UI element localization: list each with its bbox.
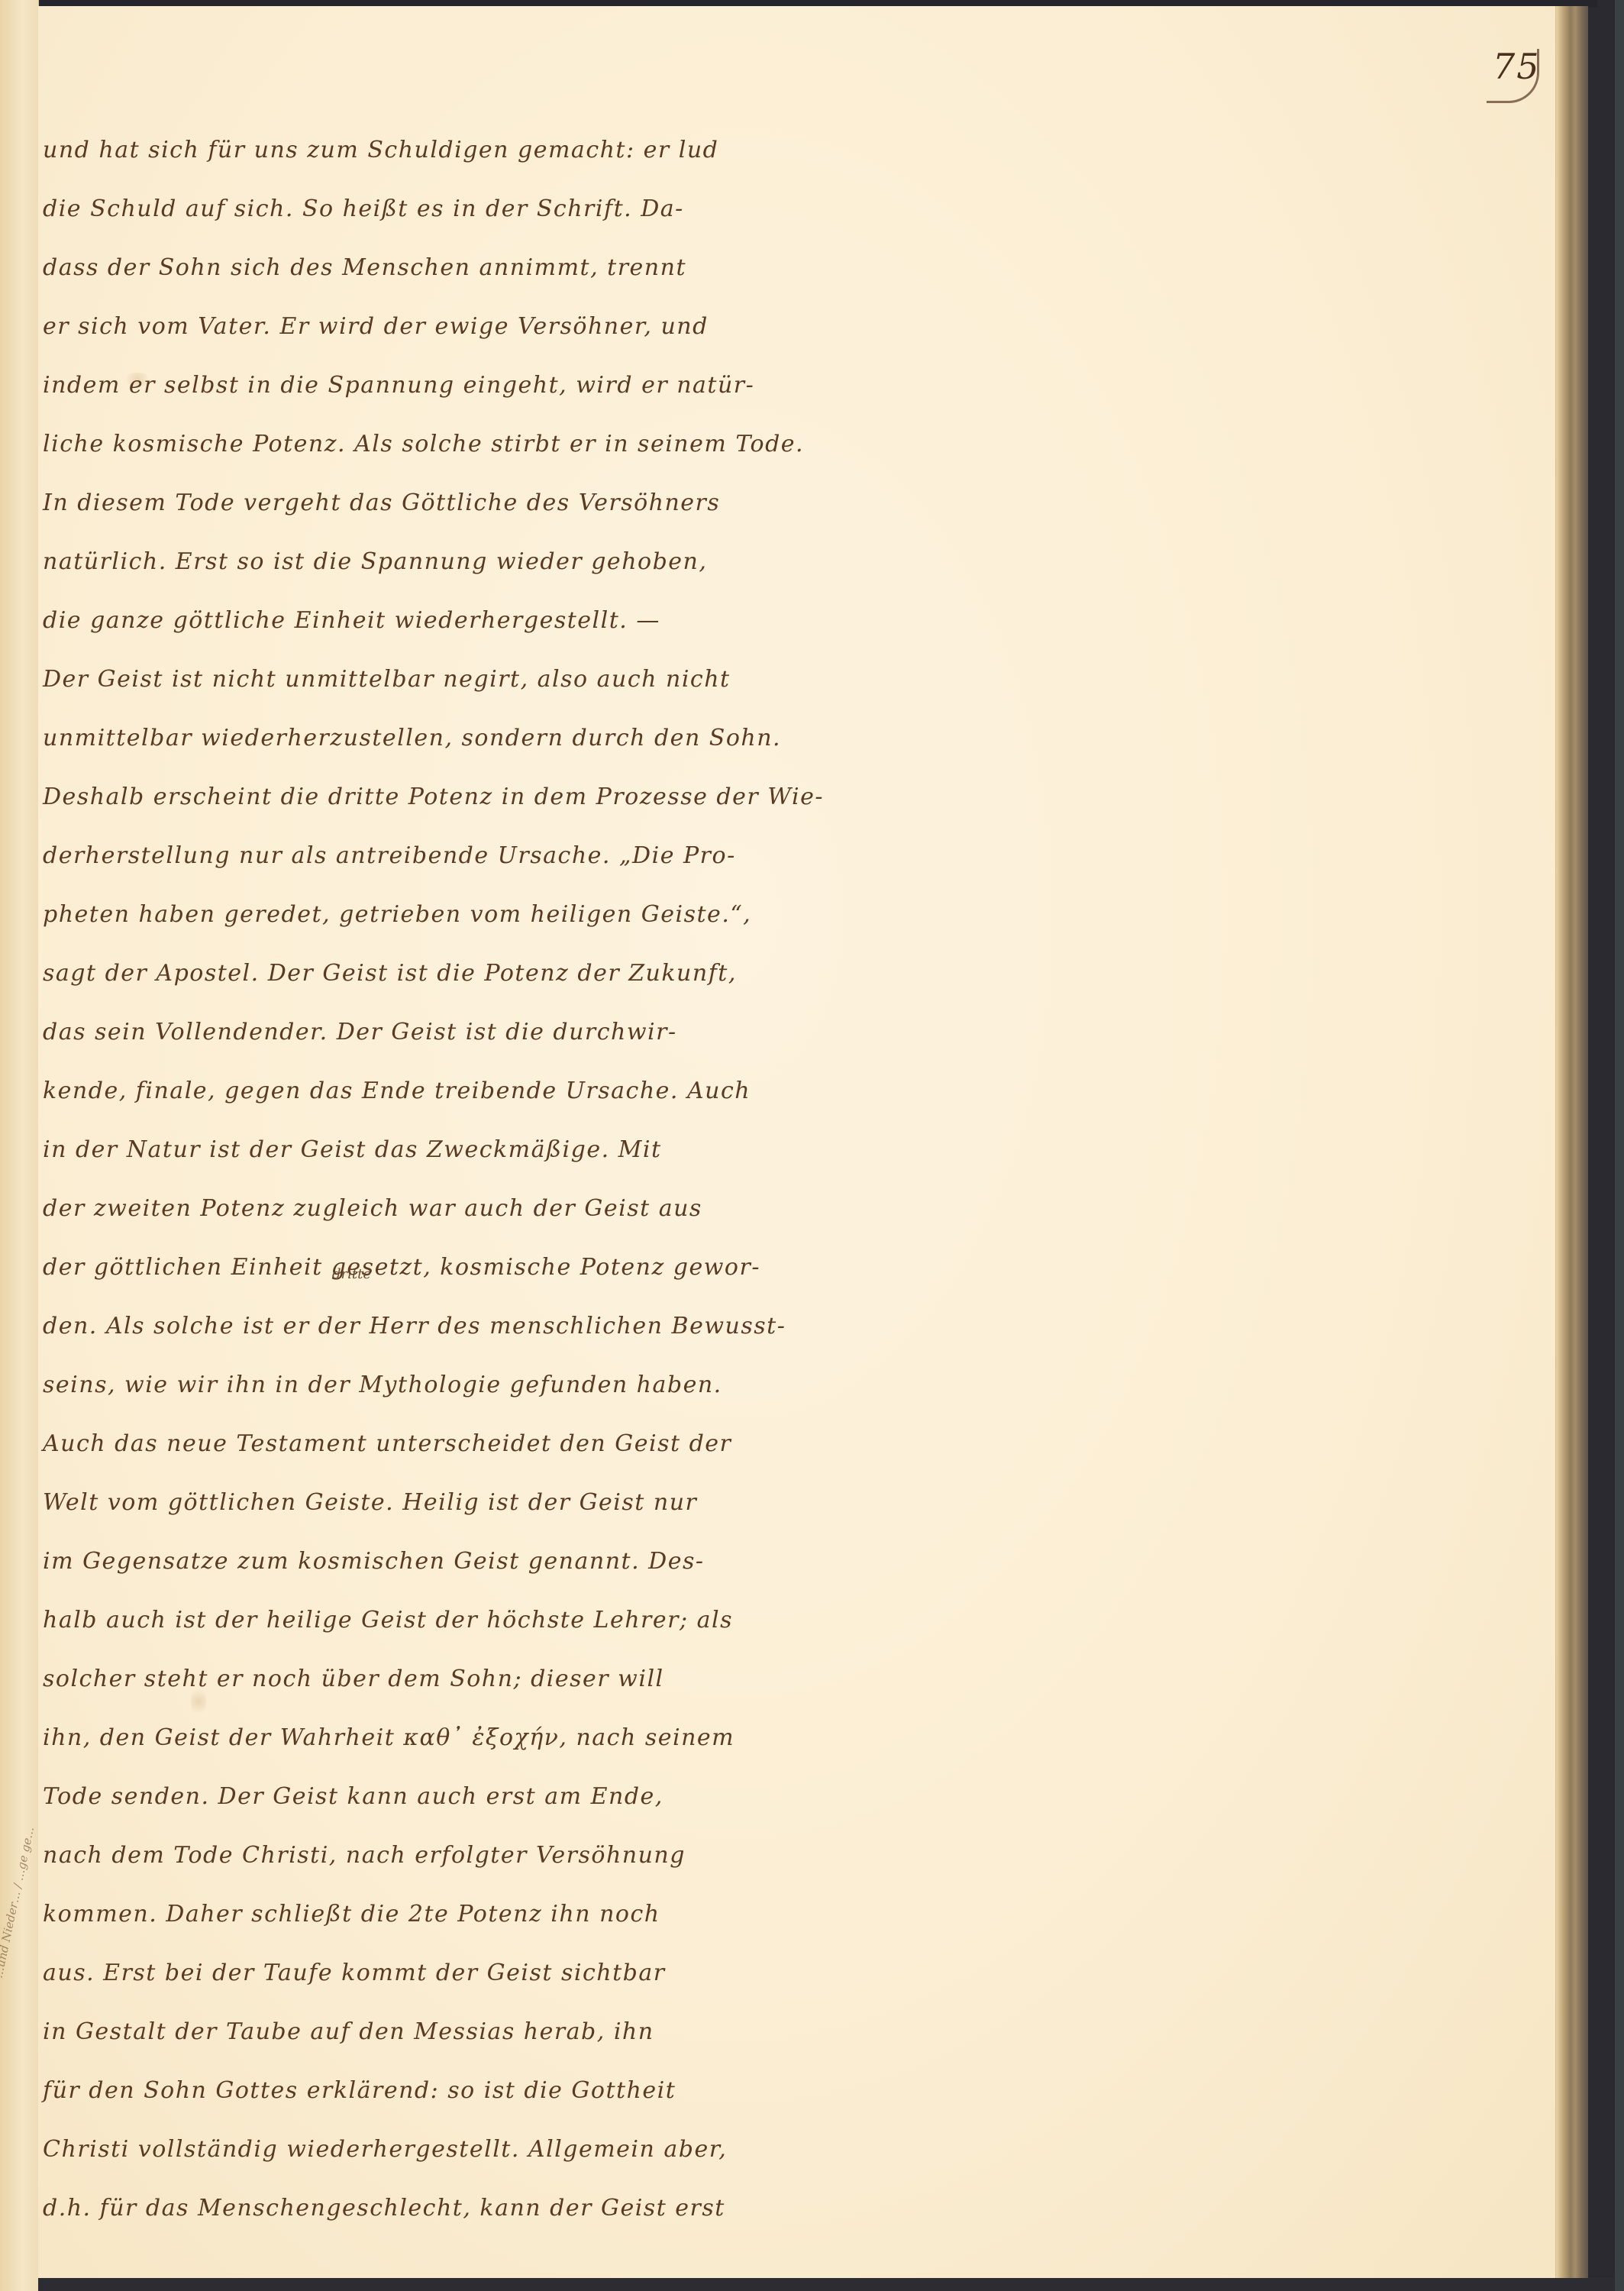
manuscript-line: er sich vom Vater. Er wird der ewige Ver… (38, 297, 848, 356)
manuscript-line: pheten haben geredet, getrieben vom heil… (38, 885, 848, 944)
manuscript-line: in der Natur ist der Geist das Zweckmäßi… (38, 1120, 848, 1179)
manuscript-line: natürlich. Erst so ist die Spannung wied… (38, 532, 848, 591)
manuscript-line: das sein Vollendender. Der Geist ist die… (38, 1003, 848, 1061)
handwritten-text-block: und hat sich für uns zum Schuldigen gema… (38, 121, 848, 2238)
manuscript-line: aus. Erst bei der Taufe kommt der Geist … (38, 1944, 848, 2002)
manuscript-line: kende, finale, gegen das Ende treibende … (38, 1061, 848, 1120)
manuscript-line: für den Sohn Gottes erklärend: so ist di… (38, 2061, 848, 2120)
manuscript-line: unmittelbar wiederherzustellen, sondern … (38, 709, 848, 767)
manuscript-line: der göttlichen Einheit gesetzt, kosmisch… (38, 1238, 848, 1297)
manuscript-line: nach dem Tode Christi, nach erfolgter Ve… (38, 1826, 848, 1885)
manuscript-line: die Schuld auf sich. So heißt es in der … (38, 179, 848, 238)
manuscript-line: Tode senden. Der Geist kann auch erst am… (38, 1767, 848, 1826)
manuscript-line: Christi vollständig wiederhergestellt. A… (38, 2120, 848, 2179)
manuscript-line: In diesem Tode vergeht das Göttliche des… (38, 473, 848, 532)
manuscript-line: und hat sich für uns zum Schuldigen gema… (38, 121, 848, 179)
manuscript-line: derherstellung nur als antreibende Ursac… (38, 826, 848, 885)
interlinear-insertion: dritte (332, 1266, 371, 1282)
manuscript-page: 75 und hat sich für uns zum Schuldigen g… (38, 6, 1588, 2278)
manuscript-line: die ganze göttliche Einheit wiederherges… (38, 591, 848, 650)
page-number: 75 (1493, 46, 1541, 87)
manuscript-line: in Gestalt der Taube auf den Messias her… (38, 2002, 848, 2061)
manuscript-line: kommen. Daher schließt die 2te Potenz ih… (38, 1885, 848, 1944)
manuscript-line: ihn, den Geist der Wahrheit καθ᾽ ἐξοχήν,… (38, 1708, 848, 1767)
manuscript-line: sagt der Apostel. Der Geist ist die Pote… (38, 944, 848, 1003)
manuscript-line: Deshalb erscheint die dritte Potenz in d… (38, 767, 848, 826)
manuscript-line: halb auch ist der heilige Geist der höch… (38, 1591, 848, 1650)
manuscript-line: d.h. für das Menschengeschlecht, kann de… (38, 2179, 848, 2238)
manuscript-line: liche kosmische Potenz. Als solche stirb… (38, 415, 848, 473)
manuscript-line: dass der Sohn sich des Menschen annimmt,… (38, 238, 848, 297)
manuscript-line: Auch das neue Testament unterscheidet de… (38, 1414, 848, 1473)
page-block-edge (1555, 6, 1588, 2278)
manuscript-line: der zweiten Potenz zugleich war auch der… (38, 1179, 848, 1238)
manuscript-line: den. Als solche ist er der Herr des mens… (38, 1297, 848, 1356)
margin-note: …und Nieder… / …ge ge… (0, 1940, 19, 1981)
manuscript-line: Welt vom göttlichen Geiste. Heilig ist d… (38, 1473, 848, 1532)
background-bottom-strip (38, 2278, 1624, 2291)
manuscript-line: indem er selbst in die Spannung eingeht,… (38, 356, 848, 415)
manuscript-line: Der Geist ist nicht unmittelbar negirt, … (38, 650, 848, 709)
manuscript-line: seins, wie wir ihn in der Mythologie gef… (38, 1356, 848, 1414)
facing-page-edge: …und Nieder… / …ge ge… (0, 0, 39, 2291)
book-cover-edge (1615, 0, 1624, 2291)
manuscript-line: im Gegensatze zum kosmischen Geist genan… (38, 1532, 848, 1591)
manuscript-line: solcher steht er noch über dem Sohn; die… (38, 1650, 848, 1708)
